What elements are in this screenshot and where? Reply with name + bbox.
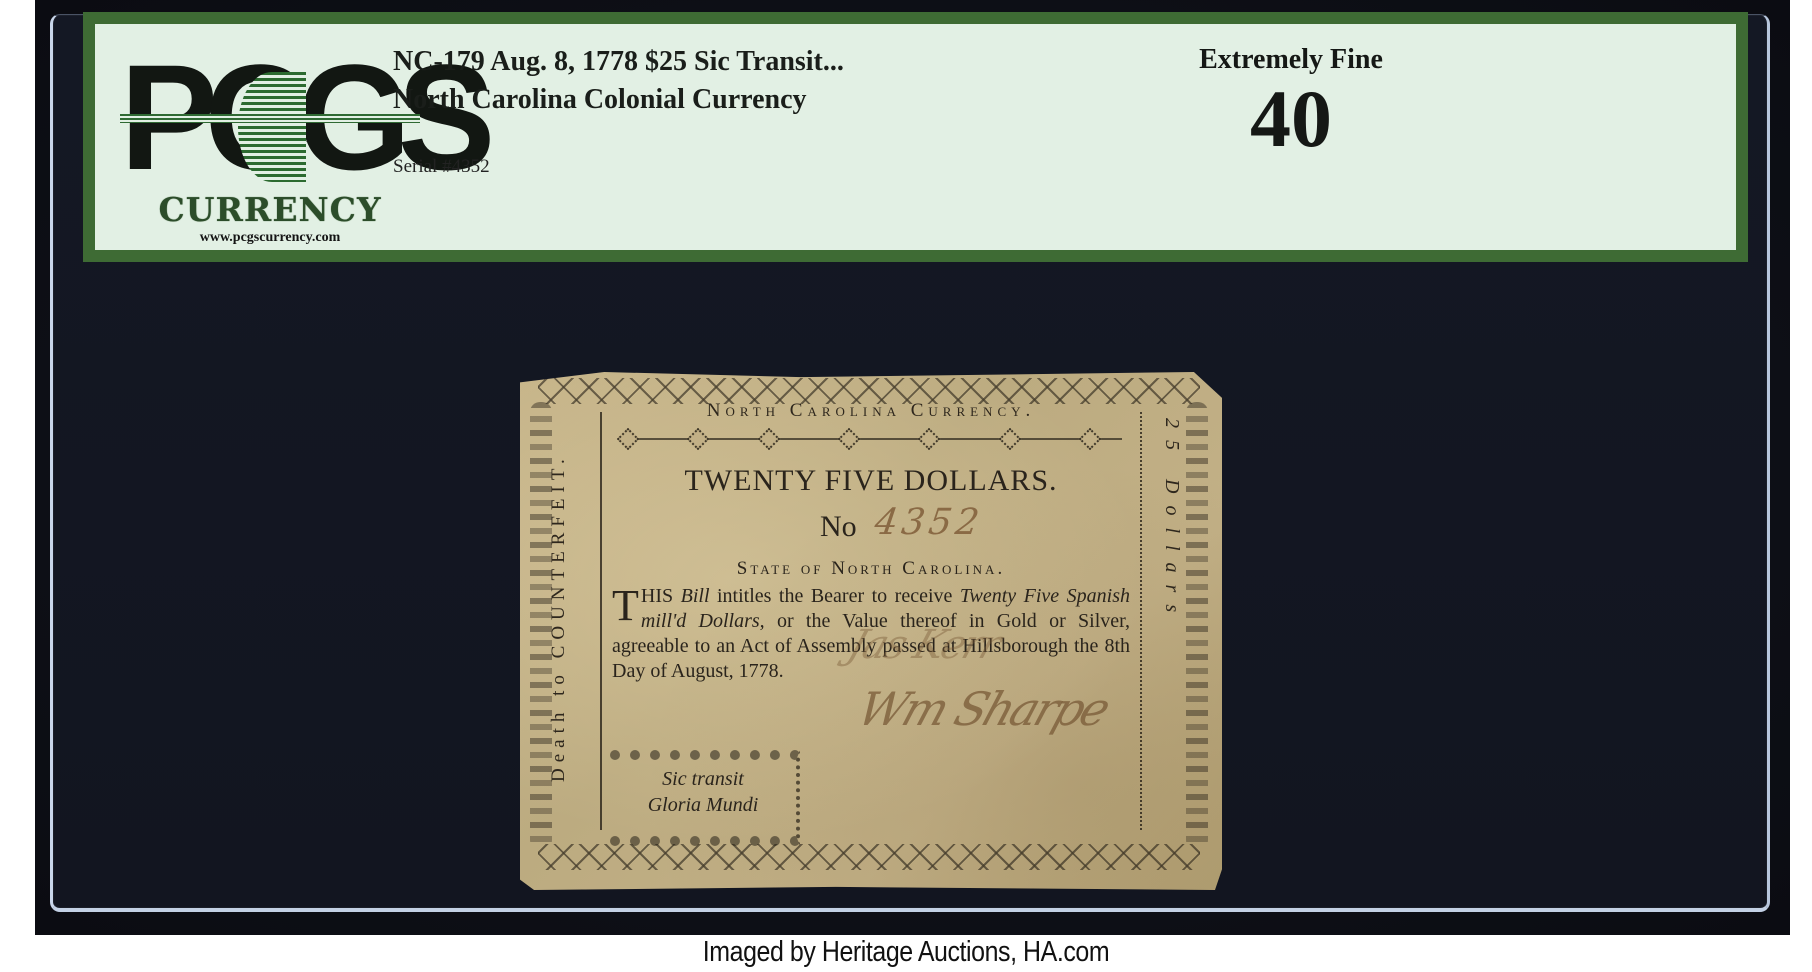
note-inner-rule-left (600, 412, 602, 830)
grade-number: 40 (1171, 69, 1411, 169)
motto-line-1: Sic transit (610, 766, 796, 792)
logo-url: www.pcgscurrency.com (120, 230, 420, 246)
note-number-label: No (820, 510, 857, 544)
pcgs-currency-logo: PCGS CURRENCY www.pcgscurrency.com (120, 52, 420, 242)
logo-subtext: CURRENCY (120, 190, 420, 229)
ornament-icon (838, 428, 861, 451)
ornament-icon (1079, 428, 1102, 451)
motto-line-2: Gloria Mundi (610, 792, 796, 818)
banknote: North Carolina Currency. TWENTY FIVE DOL… (520, 372, 1222, 890)
signature-1: Jas Kerr (843, 622, 1006, 668)
logo-stripes (120, 114, 420, 123)
grading-label: PCGS CURRENCY www.pcgscurrency.com NC-17… (83, 12, 1748, 262)
motto-box: Sic transit Gloria Mundi (610, 750, 800, 846)
note-category: North Carolina Colonial Currency (393, 84, 807, 116)
image-credit-caption: Imaged by Heritage Auctions, HA.com (127, 936, 1685, 969)
grading-label-inner: PCGS CURRENCY www.pcgscurrency.com NC-17… (95, 24, 1736, 250)
note-inner-rule-right (1140, 412, 1142, 830)
note-border-right-vine (1186, 402, 1208, 850)
logo-striped-c-icon (238, 72, 306, 182)
ornament-icon (918, 428, 941, 451)
ornament-icon (687, 428, 710, 451)
note-state: State of North Carolina. (620, 558, 1122, 580)
body-part: intitles the Bearer to receive (710, 585, 960, 607)
ornament-icon (757, 428, 780, 451)
note-number-value: 4352 (872, 502, 985, 543)
note-heading: North Carolina Currency. (620, 400, 1122, 422)
left-vertical-text: Death to COUNTERFEIT. (548, 442, 570, 782)
right-vertical-text: 25 Dollars (1160, 418, 1183, 758)
ornament-icon (998, 428, 1021, 451)
body-part: HIS (641, 585, 681, 607)
serial-number: Serial #4352 (393, 156, 490, 178)
note-ornament-rule (620, 438, 1122, 440)
ornament-icon (617, 428, 640, 451)
note-title: NC-179 Aug. 8, 1778 $25 Sic Transit... (393, 46, 844, 78)
note-denomination: TWENTY FIVE DOLLARS. (620, 464, 1122, 498)
signature-2: Wm Sharpe (851, 682, 1114, 736)
drop-cap: T (612, 586, 639, 626)
body-bill: Bill (681, 585, 710, 607)
note-border-bottom (538, 844, 1200, 870)
